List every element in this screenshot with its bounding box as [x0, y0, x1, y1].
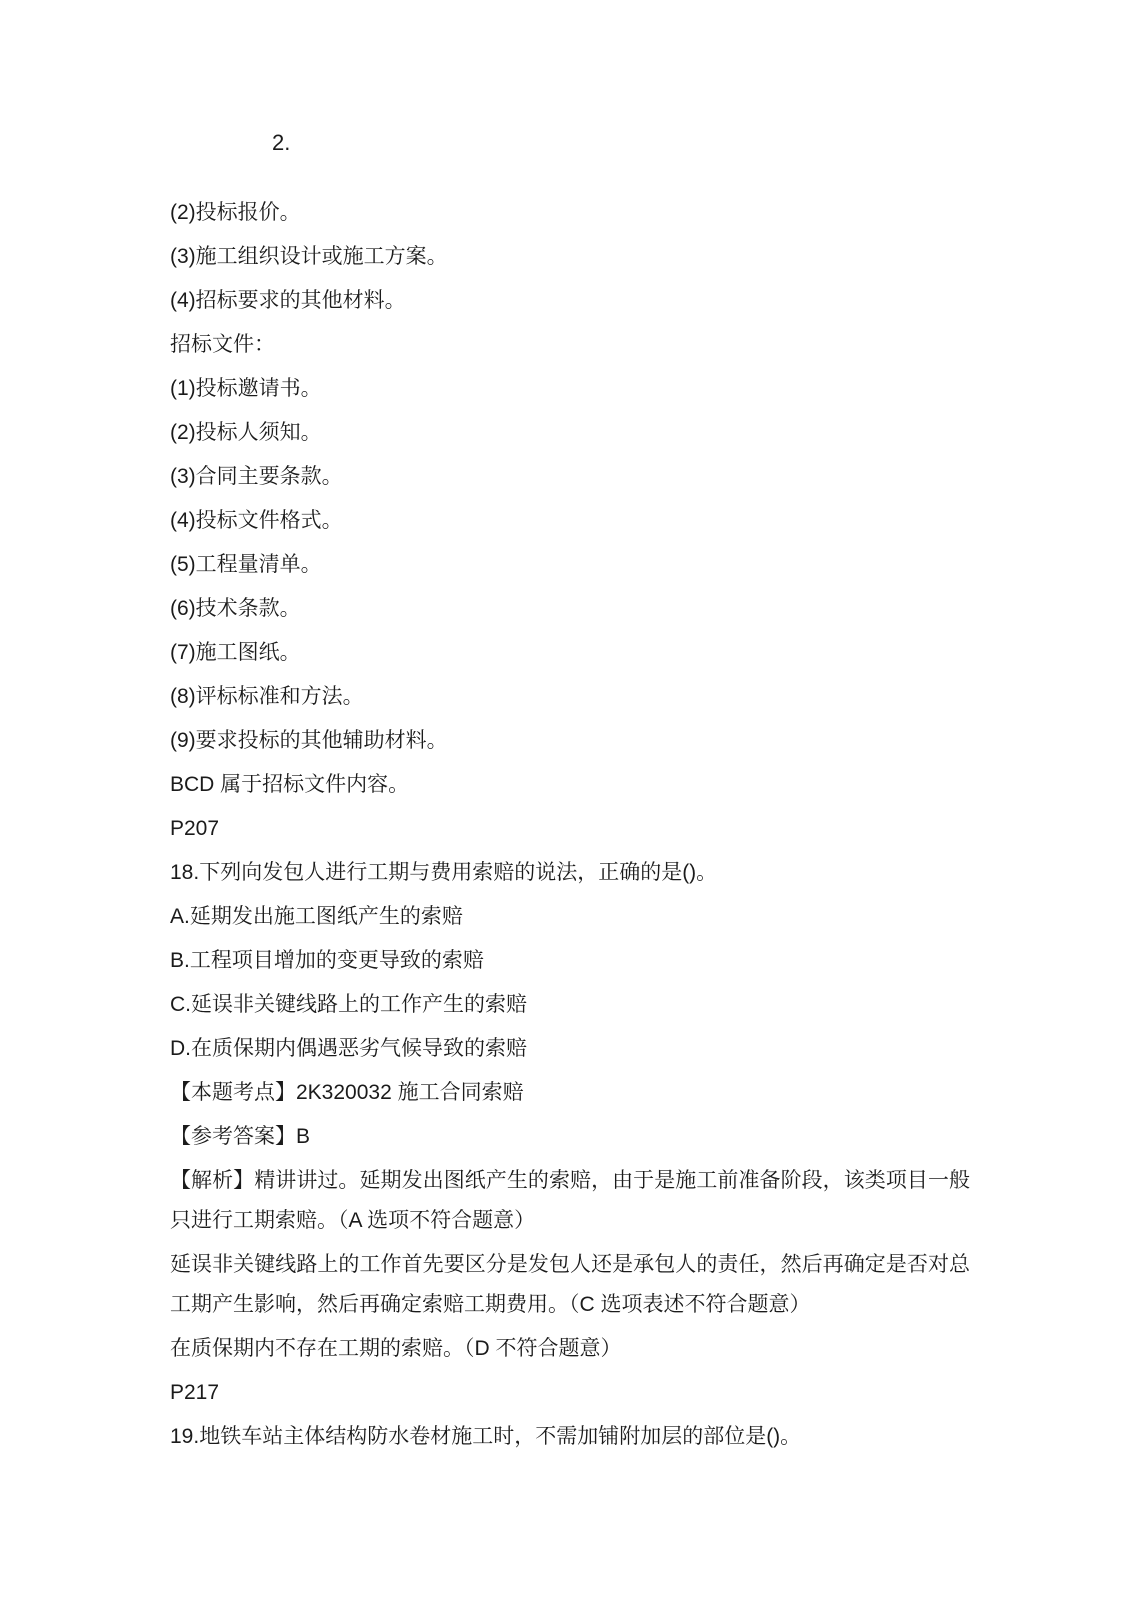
- tender-doc-item-4: (4)投标文件格式。: [170, 501, 970, 541]
- tender-doc-item-7: (7)施工图纸。: [170, 633, 970, 673]
- tender-submit-item-3: (3)施工组织设计或施工方案。: [170, 237, 970, 277]
- question-18-option-d: D.在质保期内偶遇恶劣气候导致的索赔: [170, 1029, 970, 1069]
- tender-doc-item-1: (1)投标邀请书。: [170, 369, 970, 409]
- tender-doc-item-8: (8)评标标准和方法。: [170, 677, 970, 717]
- page-reference-p217: P217: [170, 1373, 970, 1413]
- document-page: 2. (2)投标报价。 (3)施工组织设计或施工方案。 (4)招标要求的其他材料…: [0, 0, 1131, 1457]
- tender-submit-item-2: (2)投标报价。: [170, 193, 970, 233]
- tender-doc-item-6: (6)技术条款。: [170, 589, 970, 629]
- answer-conclusion: BCD 属于招标文件内容。: [170, 765, 970, 805]
- page-reference-p207: P207: [170, 809, 970, 849]
- question-19-stem: 19.地铁车站主体结构防水卷材施工时，不需加铺附加层的部位是()。: [170, 1417, 970, 1457]
- question-18-exam-point: 【本题考点】2K320032 施工合同索赔: [170, 1073, 970, 1113]
- question-18-analysis-2: 延误非关键线路上的工作首先要区分是发包人还是承包人的责任，然后再确定是否对总工期…: [170, 1245, 970, 1325]
- section-heading: 2.: [272, 123, 1072, 163]
- question-18-option-c: C.延误非关键线路上的工作产生的索赔: [170, 985, 970, 1025]
- question-18-stem: 18.下列向发包人进行工期与费用索赔的说法，正确的是()。: [170, 853, 970, 893]
- tender-doc-item-2: (2)投标人须知。: [170, 413, 970, 453]
- tender-submit-item-4: (4)招标要求的其他材料。: [170, 281, 970, 321]
- tender-docs-label: 招标文件：: [170, 325, 970, 365]
- question-18-option-b: B.工程项目增加的变更导致的索赔: [170, 941, 970, 981]
- tender-doc-item-3: (3)合同主要条款。: [170, 457, 970, 497]
- question-18-option-a: A.延期发出施工图纸产生的索赔: [170, 897, 970, 937]
- question-18-analysis-1: 【解析】精讲讲过。延期发出图纸产生的索赔，由于是施工前准备阶段，该类项目一般只进…: [170, 1161, 970, 1241]
- tender-doc-item-5: (5)工程量清单。: [170, 545, 970, 585]
- tender-doc-item-9: (9)要求投标的其他辅助材料。: [170, 721, 970, 761]
- question-18-reference-answer: 【参考答案】B: [170, 1117, 970, 1157]
- question-18-analysis-3: 在质保期内不存在工期的索赔。（D 不符合题意）: [170, 1329, 970, 1369]
